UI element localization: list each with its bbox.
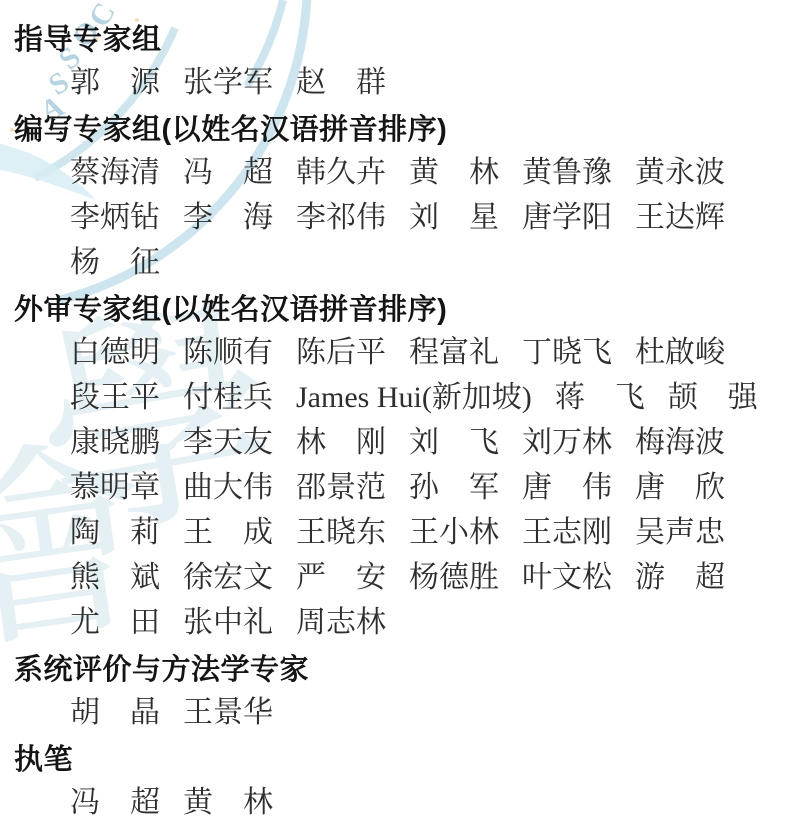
- credits-page: A S S O C 學 會 指导专家组 郭 源张学军赵 群 编写专家组(以姓名汉…: [0, 0, 800, 833]
- name-cell: 蒋 飞: [555, 381, 645, 414]
- name-row: 冯 超黄 林: [0, 780, 800, 825]
- section-heading-label: 系统评价与方法学专家: [14, 647, 309, 688]
- name-rows-guidance-group: 郭 源张学军赵 群: [0, 60, 800, 105]
- name-cell: 叶文松: [522, 561, 612, 594]
- name-cell: 张中礼: [183, 606, 273, 639]
- name-cell: 郭 源: [70, 66, 160, 99]
- name-cell: 李炳钻: [70, 201, 160, 234]
- name-row: 胡 晶王景华: [0, 690, 800, 735]
- name-cell: 付桂兵: [183, 381, 273, 414]
- name-row: 陶 莉王 成王晓东王小林王志刚吴声忠: [0, 510, 800, 555]
- name-cell: 邵景范: [296, 471, 386, 504]
- name-cell: 冯 超: [70, 786, 160, 819]
- name-row: 熊 斌徐宏文严 安杨德胜叶文松游 超: [0, 555, 800, 600]
- name-cell: 尤 田: [70, 606, 160, 639]
- name-row: 康晓鹏李天友林 刚刘 飞刘万林梅海波: [0, 420, 800, 465]
- name-row: 慕明章曲大伟邵景范孙 军唐 伟唐 欣: [0, 465, 800, 510]
- name-cell: 孙 军: [409, 471, 499, 504]
- name-cell: 赵 群: [296, 66, 386, 99]
- credits-content: 指导专家组 郭 源张学军赵 群 编写专家组(以姓名汉语拼音排序) 蔡海清冯 超韩…: [0, 0, 800, 825]
- name-rows-writing-group: 蔡海清冯 超韩久卉黄 林黄鲁豫黄永波李炳钻李 海李祁伟刘 星唐学阳王达辉杨 征: [0, 150, 800, 285]
- name-cell: 吴声忠: [635, 516, 725, 549]
- section-heading-methodology-experts: 系统评价与方法学专家: [0, 645, 800, 690]
- name-cell: 胡 晶: [70, 696, 160, 729]
- name-cell: 林 刚: [296, 426, 386, 459]
- name-cell: 李祁伟: [296, 201, 386, 234]
- name-cell: 黄永波: [635, 156, 725, 189]
- name-rows-written-by: 冯 超黄 林: [0, 780, 800, 825]
- name-cell: 杨 征: [70, 246, 160, 279]
- name-cell: 丁晓飞: [522, 336, 612, 369]
- name-cell: 李 海: [183, 201, 273, 234]
- name-cell: 杨德胜: [409, 561, 499, 594]
- name-cell: 陶 莉: [70, 516, 160, 549]
- name-cell: 严 安: [296, 561, 386, 594]
- name-cell: 白德明: [70, 336, 160, 369]
- name-row: 白德明陈顺有陈后平程富礼丁晓飞杜啟峻: [0, 330, 800, 375]
- section-heading-writing-group: 编写专家组(以姓名汉语拼音排序): [0, 105, 800, 150]
- name-cell: James Hui(新加坡): [296, 381, 532, 414]
- section-heading-label: 编写专家组(以姓名汉语拼音排序): [14, 107, 447, 148]
- name-cell: 周志林: [296, 606, 386, 639]
- name-cell: 梅海波: [635, 426, 725, 459]
- section-heading-guidance-group: 指导专家组: [0, 15, 800, 60]
- name-row: 郭 源张学军赵 群: [0, 60, 800, 105]
- name-cell: 段王平: [70, 381, 160, 414]
- section-heading-written-by: 执笔: [0, 735, 800, 780]
- name-rows-external-review-group: 白德明陈顺有陈后平程富礼丁晓飞杜啟峻段王平付桂兵James Hui(新加坡)蒋 …: [0, 330, 800, 645]
- name-cell: 刘 飞: [409, 426, 499, 459]
- name-cell: 熊 斌: [70, 561, 160, 594]
- name-cell: 黄 林: [183, 786, 273, 819]
- name-cell: 游 超: [635, 561, 725, 594]
- name-cell: 唐 欣: [635, 471, 725, 504]
- name-cell: 陈顺有: [183, 336, 273, 369]
- name-row: 尤 田张中礼周志林: [0, 600, 800, 645]
- name-cell: 慕明章: [70, 471, 160, 504]
- name-cell: 刘万林: [522, 426, 612, 459]
- name-cell: 颉 强: [668, 381, 758, 414]
- name-cell: 陈后平: [296, 336, 386, 369]
- name-row: 蔡海清冯 超韩久卉黄 林黄鲁豫黄永波: [0, 150, 800, 195]
- name-cell: 王达辉: [635, 201, 725, 234]
- name-row: 段王平付桂兵James Hui(新加坡)蒋 飞颉 强: [0, 375, 800, 420]
- name-cell: 王小林: [409, 516, 499, 549]
- section-heading-label: 外审专家组(以姓名汉语拼音排序): [14, 287, 447, 328]
- name-row: 李炳钻李 海李祁伟刘 星唐学阳王达辉: [0, 195, 800, 240]
- name-cell: 冯 超: [183, 156, 273, 189]
- name-row: 杨 征: [0, 240, 800, 285]
- section-heading-label: 执笔: [14, 737, 73, 778]
- section-heading-external-review-group: 外审专家组(以姓名汉语拼音排序): [0, 285, 800, 330]
- name-cell: 王景华: [183, 696, 273, 729]
- name-cell: 王志刚: [522, 516, 612, 549]
- name-rows-methodology-experts: 胡 晶王景华: [0, 690, 800, 735]
- name-cell: 唐学阳: [522, 201, 612, 234]
- name-cell: 程富礼: [409, 336, 499, 369]
- name-cell: 张学军: [183, 66, 273, 99]
- name-cell: 韩久卉: [296, 156, 386, 189]
- section-heading-label: 指导专家组: [14, 17, 162, 58]
- name-cell: 刘 星: [409, 201, 499, 234]
- name-cell: 杜啟峻: [635, 336, 725, 369]
- name-cell: 王 成: [183, 516, 273, 549]
- name-cell: 黄 林: [409, 156, 499, 189]
- name-cell: 曲大伟: [183, 471, 273, 504]
- name-cell: 徐宏文: [183, 561, 273, 594]
- name-cell: 黄鲁豫: [522, 156, 612, 189]
- name-cell: 王晓东: [296, 516, 386, 549]
- name-cell: 康晓鹏: [70, 426, 160, 459]
- name-cell: 李天友: [183, 426, 273, 459]
- name-cell: 唐 伟: [522, 471, 612, 504]
- name-cell: 蔡海清: [70, 156, 160, 189]
